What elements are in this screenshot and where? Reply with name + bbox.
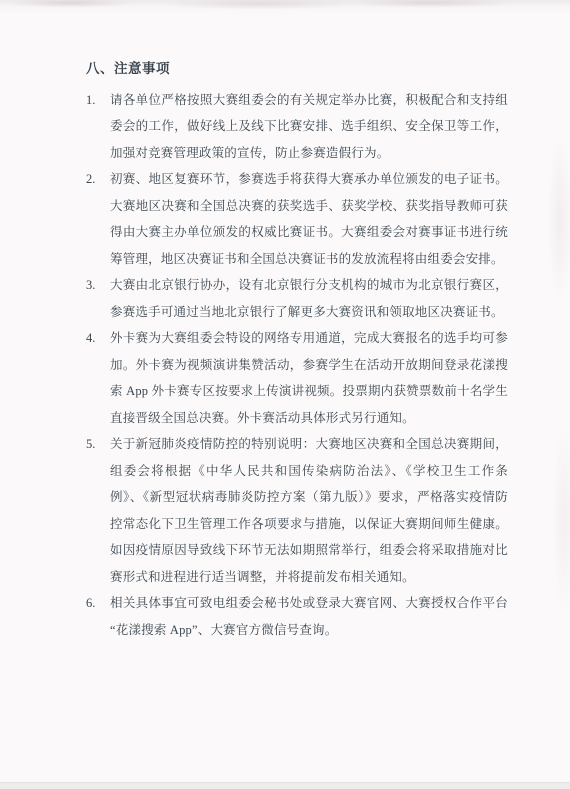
document-content: 八、注意事项 1. 请各单位严格按照大赛组委会的有关规定举办比赛，积极配合和支持… xyxy=(86,56,508,643)
list-item: 6. 相关具体事宜可致电组委会秘书处或登录大赛官网、大赛授权合作平台“花漾搜索 … xyxy=(86,590,508,643)
list-item: 4. 外卡赛为大赛组委会特设的网络专用通道，完成大赛报名的选手均可参加。外卡赛为… xyxy=(86,325,508,431)
item-text: 大赛由北京银行协办，设有北京银行分支机构的城市为北京银行赛区，参赛选手可通过当地… xyxy=(110,272,508,325)
scanned-document-page: 八、注意事项 1. 请各单位严格按照大赛组委会的有关规定举办比赛，积极配合和支持… xyxy=(0,0,570,789)
item-number: 2. xyxy=(86,166,110,193)
item-number: 6. xyxy=(86,590,110,617)
item-number: 5. xyxy=(86,431,110,458)
item-number: 4. xyxy=(86,325,110,352)
list-item: 5. 关于新冠肺炎疫情防控的特别说明：大赛地区决赛和全国总决赛期间，组委会将根据… xyxy=(86,431,508,590)
section-heading: 八、注意事项 xyxy=(86,56,508,83)
item-text: 请各单位严格按照大赛组委会的有关规定举办比赛，积极配合和支持组委会的工作，做好线… xyxy=(110,87,508,167)
scan-noise-top-edge xyxy=(0,0,570,14)
list-item: 3. 大赛由北京银行协办，设有北京银行分支机构的城市为北京银行赛区，参赛选手可通… xyxy=(86,272,508,325)
item-text: 关于新冠肺炎疫情防控的特别说明：大赛地区决赛和全国总决赛期间，组委会将根据《中华… xyxy=(110,431,508,590)
item-text: 相关具体事宜可致电组委会秘书处或登录大赛官网、大赛授权合作平台“花漾搜索 App… xyxy=(110,590,508,643)
notes-list: 1. 请各单位严格按照大赛组委会的有关规定举办比赛，积极配合和支持组委会的工作，… xyxy=(86,87,508,644)
list-item: 2. 初赛、地区复赛环节，参赛选手将获得大赛承办单位颁发的电子证书。大赛地区决赛… xyxy=(86,166,508,272)
scan-noise-right-margin xyxy=(520,100,570,660)
item-number: 3. xyxy=(86,272,110,299)
item-number: 1. xyxy=(86,87,110,114)
item-text: 外卡赛为大赛组委会特设的网络专用通道，完成大赛报名的选手均可参加。外卡赛为视频演… xyxy=(110,325,508,431)
scan-edge-bottom-strip xyxy=(0,782,570,789)
item-text: 初赛、地区复赛环节，参赛选手将获得大赛承办单位颁发的电子证书。大赛地区决赛和全国… xyxy=(110,166,508,272)
list-item: 1. 请各单位严格按照大赛组委会的有关规定举办比赛，积极配合和支持组委会的工作，… xyxy=(86,87,508,167)
